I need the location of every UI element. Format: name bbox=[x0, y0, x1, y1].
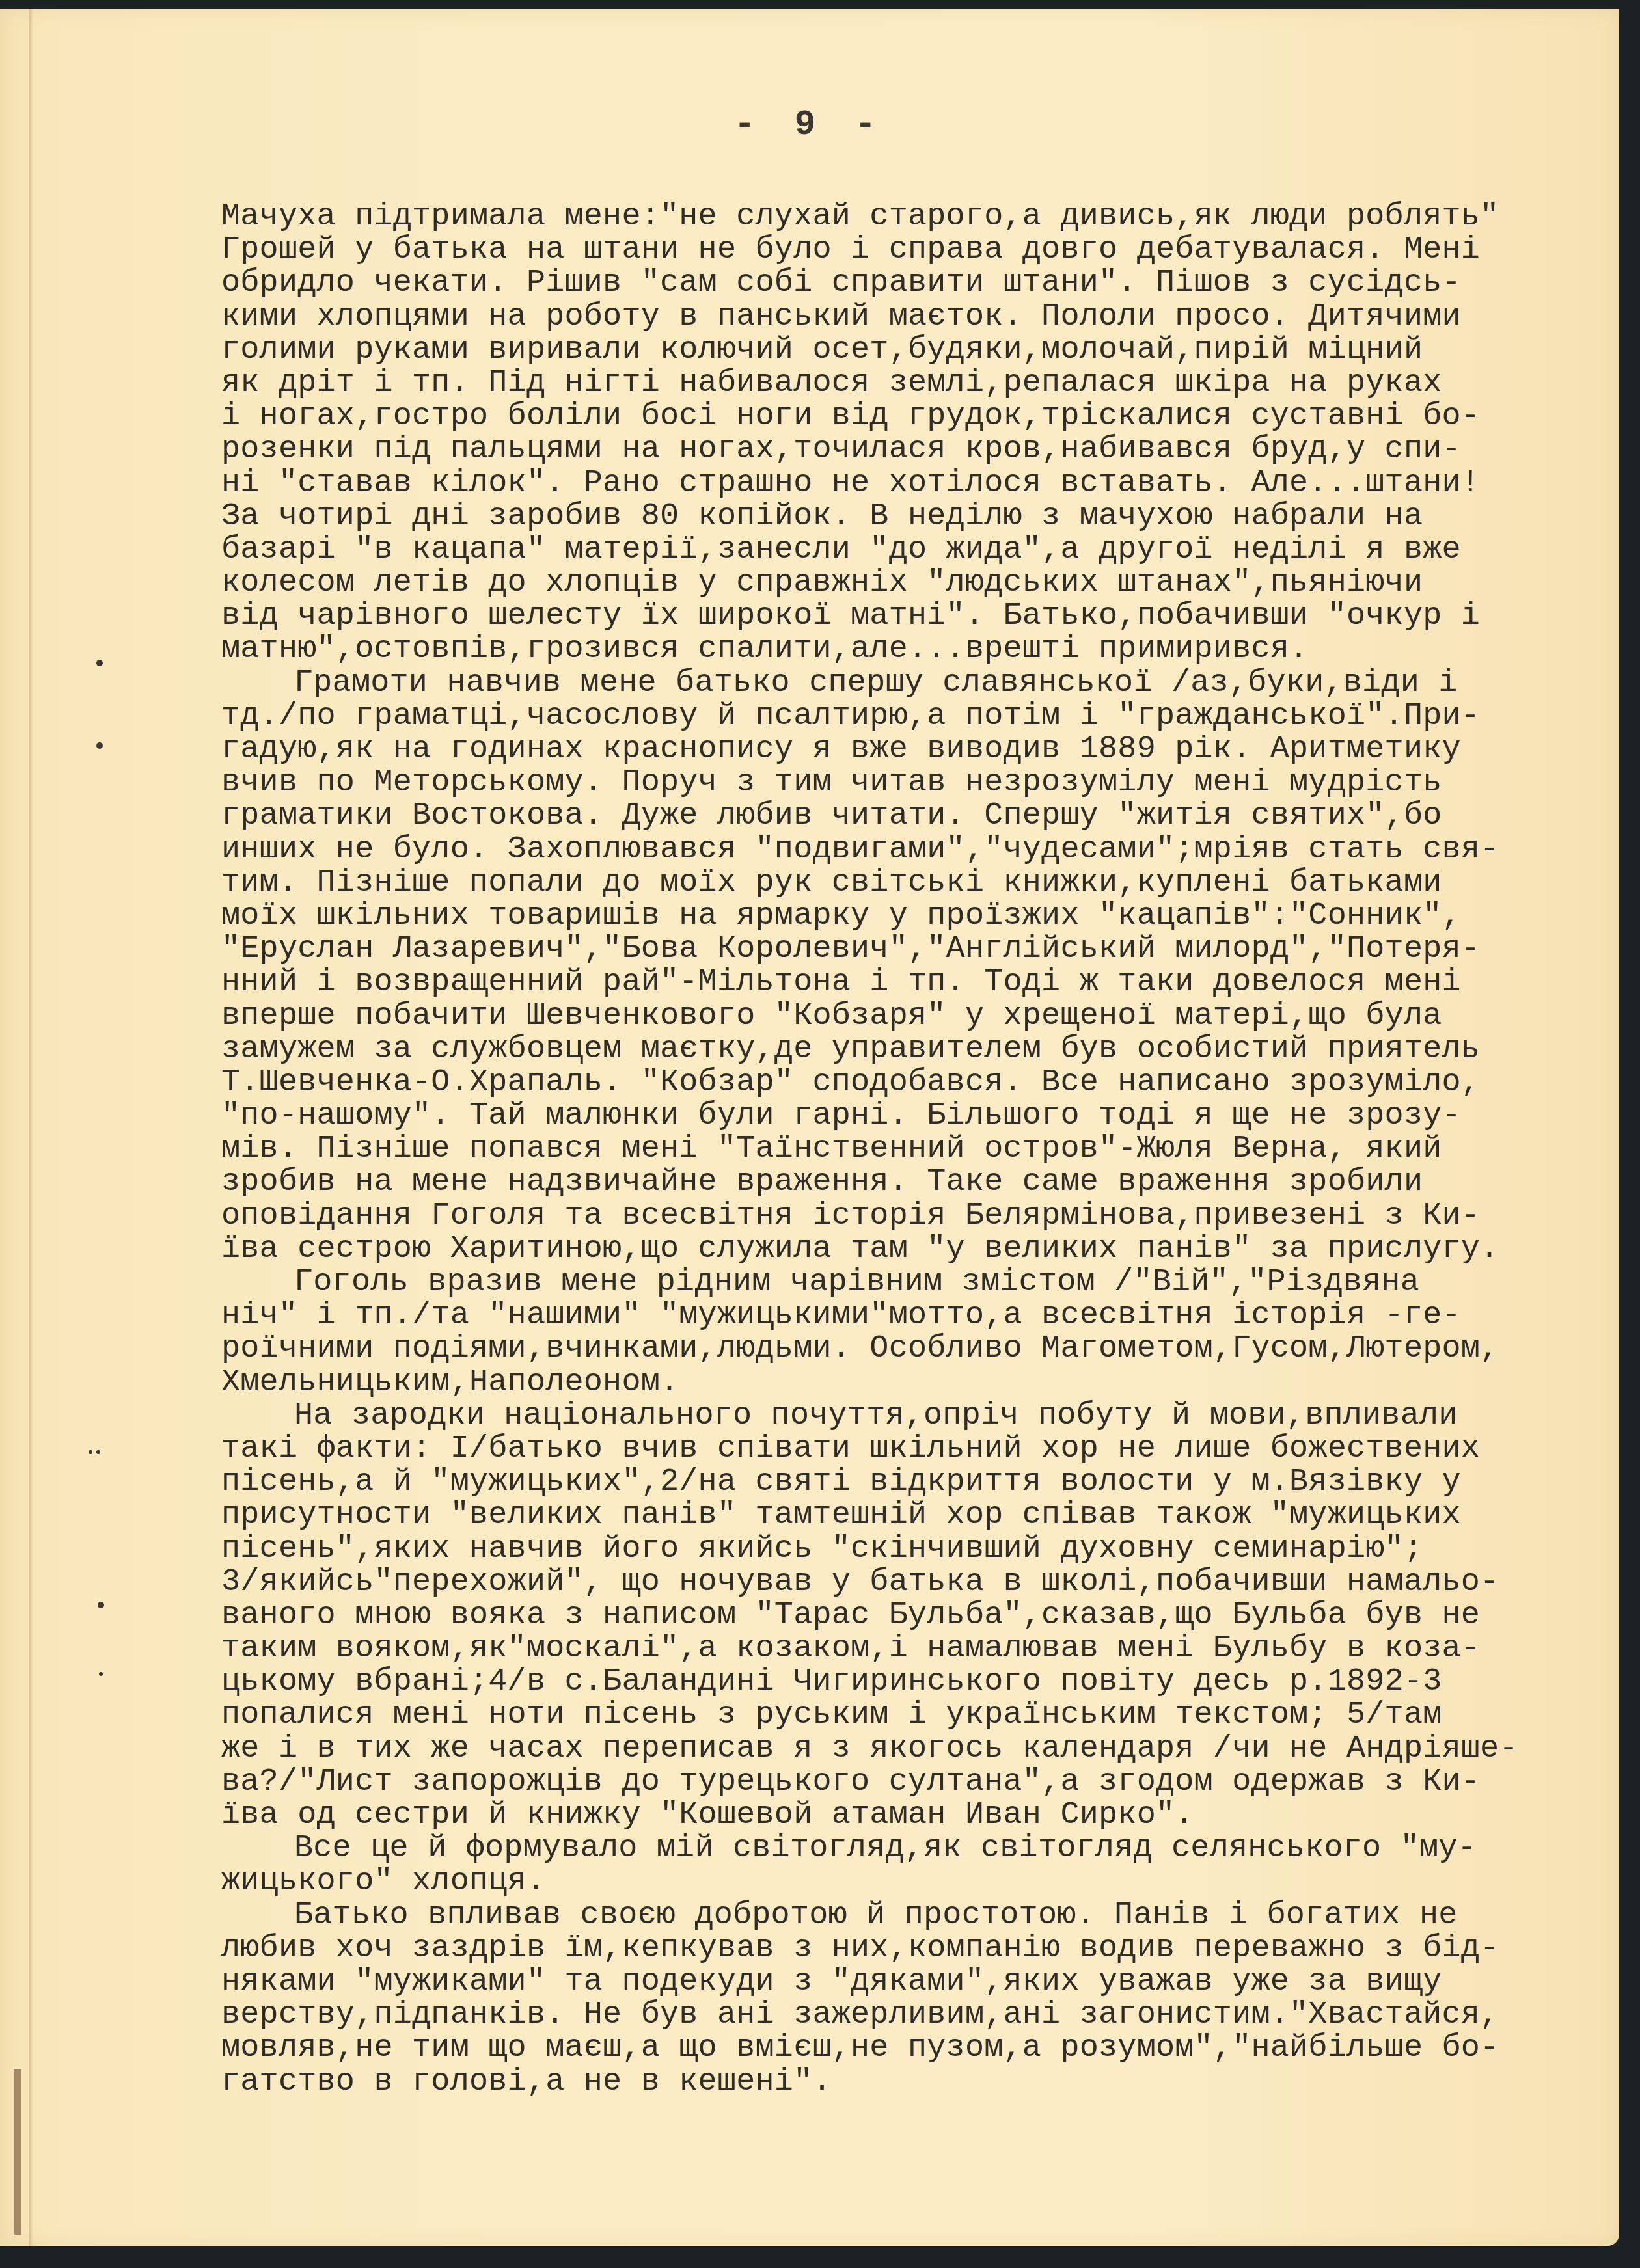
text-line: жицького" хлопця. bbox=[221, 1865, 1549, 1898]
text-line: вчив по Меторському. Поруч з тим читав н… bbox=[221, 766, 1549, 799]
text-line: нний і возвращенний рай"-Мільтона і тп. … bbox=[221, 965, 1549, 999]
text-line: розенки під пальцями на ногах,точилася к… bbox=[221, 433, 1549, 466]
text-line: оповідання Гоголя та всесвітня історія Б… bbox=[221, 1199, 1549, 1232]
text-line: Хмельницьким,Наполеоном. bbox=[221, 1366, 1549, 1399]
text-line: обридло чекати. Рішив "сам собі справити… bbox=[221, 266, 1549, 299]
text-line: мовляв,не тим що маєш,а що вмієш,не пузо… bbox=[221, 2031, 1549, 2064]
text-line: граматики Востокова. Дуже любив читати. … bbox=[221, 799, 1549, 832]
margin-mark bbox=[96, 660, 103, 666]
text-line: Т.Шевченка-О.Храпаль. "Кобзар" сподобавс… bbox=[221, 1066, 1549, 1099]
text-line: 3/якийсь"перехожий", що ночував у батька… bbox=[221, 1565, 1549, 1599]
text-line: зробив на мене надзвичайне враження. Так… bbox=[221, 1165, 1549, 1198]
text-line: ніч" і тп./та "нашими" "мужицькими"мотто… bbox=[221, 1299, 1549, 1332]
text-line: Грамоти навчив мене батько спершу славян… bbox=[221, 666, 1549, 699]
text-line: роїчними подіями,вчинками,людьми. Особли… bbox=[221, 1332, 1549, 1365]
text-line: мів. Пізніше попався мені "Таїнственний … bbox=[221, 1132, 1549, 1165]
text-line: матню",остовпів,грозився спалити,але...в… bbox=[221, 632, 1549, 666]
text-line: пісень,а й "мужицьких",2/на святі відкри… bbox=[221, 1465, 1549, 1498]
text-line: таким вояком,як"москалі",а козаком,і нам… bbox=[221, 1632, 1549, 1665]
margin-mark bbox=[96, 1450, 100, 1454]
text-line: присутности "великих панів" тамтешній хо… bbox=[221, 1498, 1549, 1532]
binding-strip bbox=[14, 2069, 21, 2235]
margin-mark bbox=[96, 742, 103, 749]
text-line: Батько впливав своєю добротою й простото… bbox=[221, 1898, 1549, 1932]
text-line: инших не було. Захоплювався "подвигами",… bbox=[221, 833, 1549, 866]
text-line: і ногах,гостро боліли босі ноги від груд… bbox=[221, 399, 1549, 433]
text-line: Мачуха підтримала мене:"не слухай старог… bbox=[221, 200, 1549, 233]
text-line: ваного мною вояка з написом "Тарас Бульб… bbox=[221, 1599, 1549, 1632]
text-line: тим. Пізніше попали до моїх рук світські… bbox=[221, 866, 1549, 899]
text-line: На зародки національного почуття,опріч п… bbox=[221, 1399, 1549, 1432]
text-line: няками "мужиками" та подекуди з "дяками"… bbox=[221, 1965, 1549, 1998]
text-line: такі факти: I/батько вчив співати шкільн… bbox=[221, 1432, 1549, 1465]
text-line: гатство в голові,а не в кешені". bbox=[221, 2065, 1549, 2098]
text-line: "Еруслан Лазаревич","Бова Королевич","Ан… bbox=[221, 932, 1549, 965]
text-line: За чотирі дні заробив 80 копійок. В неді… bbox=[221, 500, 1549, 533]
text-line: моїх шкільних товаришів на ярмарку у про… bbox=[221, 899, 1549, 932]
text-line: вперше побачити Шевченкового "Кобзаря" у… bbox=[221, 999, 1549, 1033]
text-line: гадую,як на годинах краснопису я вже вив… bbox=[221, 733, 1549, 766]
text-line: замужем за службовцем маєтку,де управите… bbox=[221, 1033, 1549, 1066]
text-line: любив хоч заздрів їм,кепкував з них,комп… bbox=[221, 1932, 1549, 1965]
text-line: цькому вбрані;4/в с.Баландині Чигиринськ… bbox=[221, 1665, 1549, 1698]
margin-mark bbox=[98, 1602, 104, 1608]
document-page: - 9 - Мачуха підтримала мене:"не слухай … bbox=[0, 9, 1619, 2246]
text-line: же і в тих же часах переписав я з якогос… bbox=[221, 1732, 1549, 1765]
text-line: від чарівного шелесту їх широкої матні".… bbox=[221, 599, 1549, 632]
text-line: кими хлопцями на роботу в панський маєто… bbox=[221, 300, 1549, 333]
text-line: Грошей у батька на штани не було і справ… bbox=[221, 233, 1549, 266]
text-line: як дріт і тп. Під нігті набивалося землі… bbox=[221, 366, 1549, 399]
binding-fold bbox=[29, 9, 33, 2246]
text-line: їва сестрою Харитиною,що служила там "у … bbox=[221, 1232, 1549, 1265]
body-text: Мачуха підтримала мене:"не слухай старог… bbox=[221, 200, 1549, 2098]
text-line: ні "ставав кілок". Рано страшно не хотіл… bbox=[221, 466, 1549, 500]
text-line: пісень",яких навчив його якийсь "скінчив… bbox=[221, 1532, 1549, 1565]
text-line: Гоголь вразив мене рідним чарівним зміст… bbox=[221, 1265, 1549, 1299]
text-line: їва од сестри й книжку "Кошевой атаман И… bbox=[221, 1798, 1549, 1831]
text-line: голими руками виривали колючий осет,будя… bbox=[221, 333, 1549, 366]
text-line: колесом летів до хлопців у справжніх "лю… bbox=[221, 566, 1549, 599]
margin-mark bbox=[99, 1672, 103, 1676]
margin-mark bbox=[89, 1450, 92, 1454]
page-number: - 9 - bbox=[0, 105, 1619, 145]
text-line: базарі "в кацапа" матерії,занесли "до жи… bbox=[221, 533, 1549, 566]
text-line: попалися мені ноти пісень з руським і ук… bbox=[221, 1698, 1549, 1731]
text-line: "по-нашому". Тай малюнки були гарні. Біл… bbox=[221, 1099, 1549, 1132]
text-line: верству,підпанків. Не був ані зажерливим… bbox=[221, 1998, 1549, 2031]
text-line: тд./по граматці,часослову й псалтирю,а п… bbox=[221, 699, 1549, 733]
text-line: ва?/"Лист запорожців до турецького султа… bbox=[221, 1765, 1549, 1798]
text-line: Все це й формувало мій світогляд,як світ… bbox=[221, 1831, 1549, 1865]
